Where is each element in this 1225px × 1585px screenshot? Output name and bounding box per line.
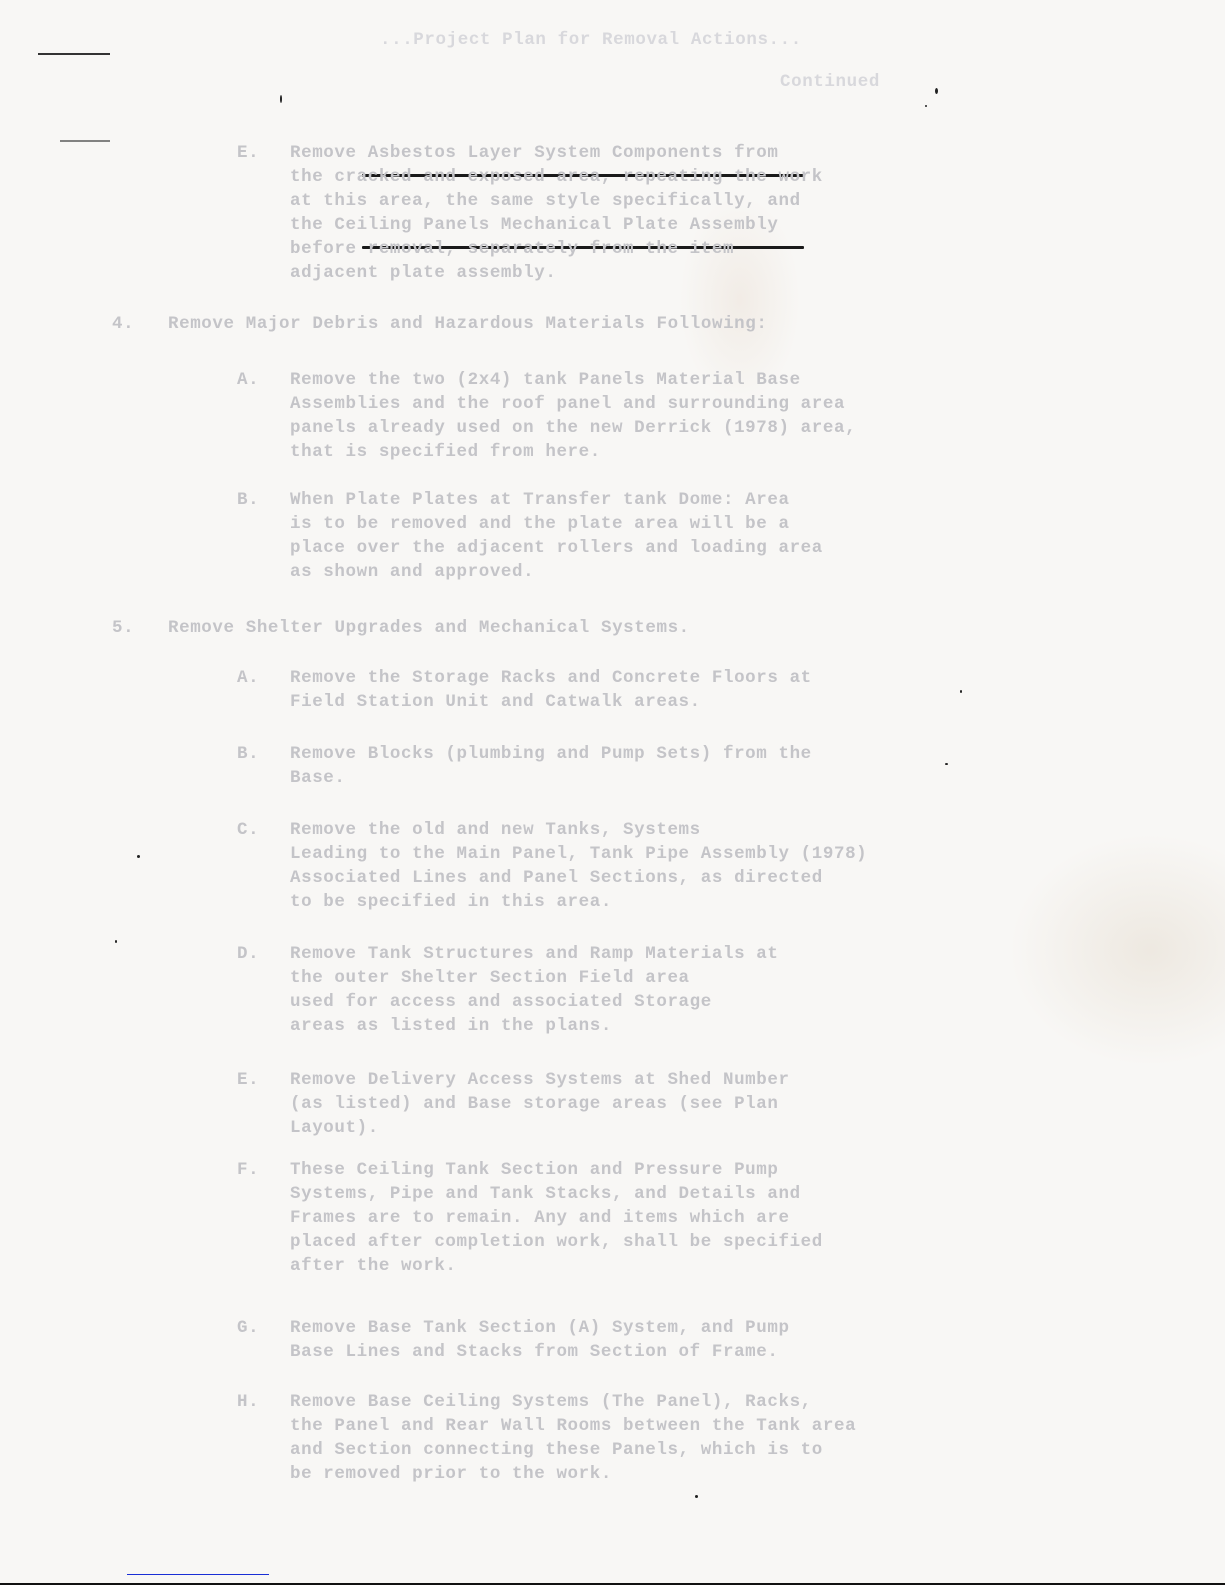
item-text-line: is to be removed and the plate area will… <box>290 514 790 534</box>
item-text-line: Remove the two (2x4) tank Panels Materia… <box>290 370 801 390</box>
scan-speck <box>115 940 117 943</box>
item-text-line: Associated Lines and Panel Sections, as … <box>290 868 823 888</box>
item-label: E. <box>237 143 259 163</box>
item-label: D. <box>237 944 259 964</box>
item-text-line: to be specified in this area. <box>290 892 612 912</box>
item-text-line: and Section connecting these Panels, whi… <box>290 1440 823 1460</box>
scan-artifact-mark <box>38 53 110 55</box>
item-text-line: Remove Tank Structures and Ramp Material… <box>290 944 778 964</box>
item-text-line: When Plate Plates at Transfer tank Dome:… <box>290 490 790 510</box>
scan-speck <box>960 690 962 693</box>
section-number: 4. <box>112 314 134 334</box>
item-text-line: that is specified from here. <box>290 442 601 462</box>
section-heading: Remove Major Debris and Hazardous Materi… <box>168 314 768 334</box>
item-text-line: at this area, the same style specificall… <box>290 191 801 211</box>
item-label: A. <box>237 370 259 390</box>
item-text-line: the cracked and exposed area, repeating … <box>290 167 823 187</box>
item-label: B. <box>237 744 259 764</box>
item-text-line: Field Station Unit and Catwalk areas. <box>290 692 701 712</box>
item-text-line: the outer Shelter Section Field area <box>290 968 690 988</box>
item-text-line: after the work. <box>290 1256 457 1276</box>
blue-underline-mark <box>127 1574 269 1575</box>
scan-speck <box>695 1495 698 1498</box>
item-text-line: Remove Blocks (plumbing and Pump Sets) f… <box>290 744 812 764</box>
scan-speck <box>945 763 948 765</box>
item-label: C. <box>237 820 259 840</box>
item-text-line: Base Lines and Stacks from Section of Fr… <box>290 1342 778 1362</box>
scan-artifact-mark <box>60 140 110 142</box>
item-text-line: Remove the old and new Tanks, Systems <box>290 820 701 840</box>
item-text-line: These Ceiling Tank Section and Pressure … <box>290 1160 778 1180</box>
scan-speck <box>137 855 140 858</box>
scan-speck <box>280 95 282 103</box>
scan-speck <box>925 105 927 107</box>
item-text-line: Remove the Storage Racks and Concrete Fl… <box>290 668 812 688</box>
item-text-line: Remove Delivery Access Systems at Shed N… <box>290 1070 790 1090</box>
item-text-line: Systems, Pipe and Tank Stacks, and Detai… <box>290 1184 801 1204</box>
item-text-line: Base. <box>290 768 346 788</box>
item-text-line: be removed prior to the work. <box>290 1464 612 1484</box>
item-text-line: areas as listed in the plans. <box>290 1016 612 1036</box>
item-text-line: Layout). <box>290 1118 379 1138</box>
item-text-line: panels already used on the new Derrick (… <box>290 418 856 438</box>
item-text-line: Remove Base Ceiling Systems (The Panel),… <box>290 1392 812 1412</box>
item-text-line: Remove Base Tank Section (A) System, and… <box>290 1318 790 1338</box>
item-label: F. <box>237 1160 259 1180</box>
item-label: G. <box>237 1318 259 1338</box>
scan-speck <box>935 88 938 94</box>
item-text-line: Assemblies and the roof panel and surrou… <box>290 394 845 414</box>
header-line: ...Project Plan for Removal Actions... <box>380 30 802 50</box>
item-text-line: used for access and associated Storage <box>290 992 712 1012</box>
item-label: E. <box>237 1070 259 1090</box>
item-text-line: the Ceiling Panels Mechanical Plate Asse… <box>290 215 778 235</box>
item-text-line: the Panel and Rear Wall Rooms between th… <box>290 1416 856 1436</box>
item-text-line: (as listed) and Base storage areas (see … <box>290 1094 778 1114</box>
section-number: 5. <box>112 618 134 638</box>
item-label: A. <box>237 668 259 688</box>
item-text-line: Remove Asbestos Layer System Components … <box>290 143 778 163</box>
item-label: B. <box>237 490 259 510</box>
item-text-line: Frames are to remain. Any and items whic… <box>290 1208 790 1228</box>
item-text-line: placed after completion work, shall be s… <box>290 1232 823 1252</box>
section-heading: Remove Shelter Upgrades and Mechanical S… <box>168 618 690 638</box>
item-text-line: place over the adjacent rollers and load… <box>290 538 823 558</box>
item-text-line: adjacent plate assembly. <box>290 263 556 283</box>
item-text-line: Leading to the Main Panel, Tank Pipe Ass… <box>290 844 867 864</box>
item-label: H. <box>237 1392 259 1412</box>
item-text-line: as shown and approved. <box>290 562 534 582</box>
item-text-line: before removal, separately from the item <box>290 239 734 259</box>
scanned-document-page: ...Project Plan for Removal Actions... C… <box>0 0 1225 1585</box>
page-continued-label: Continued <box>780 72 880 92</box>
